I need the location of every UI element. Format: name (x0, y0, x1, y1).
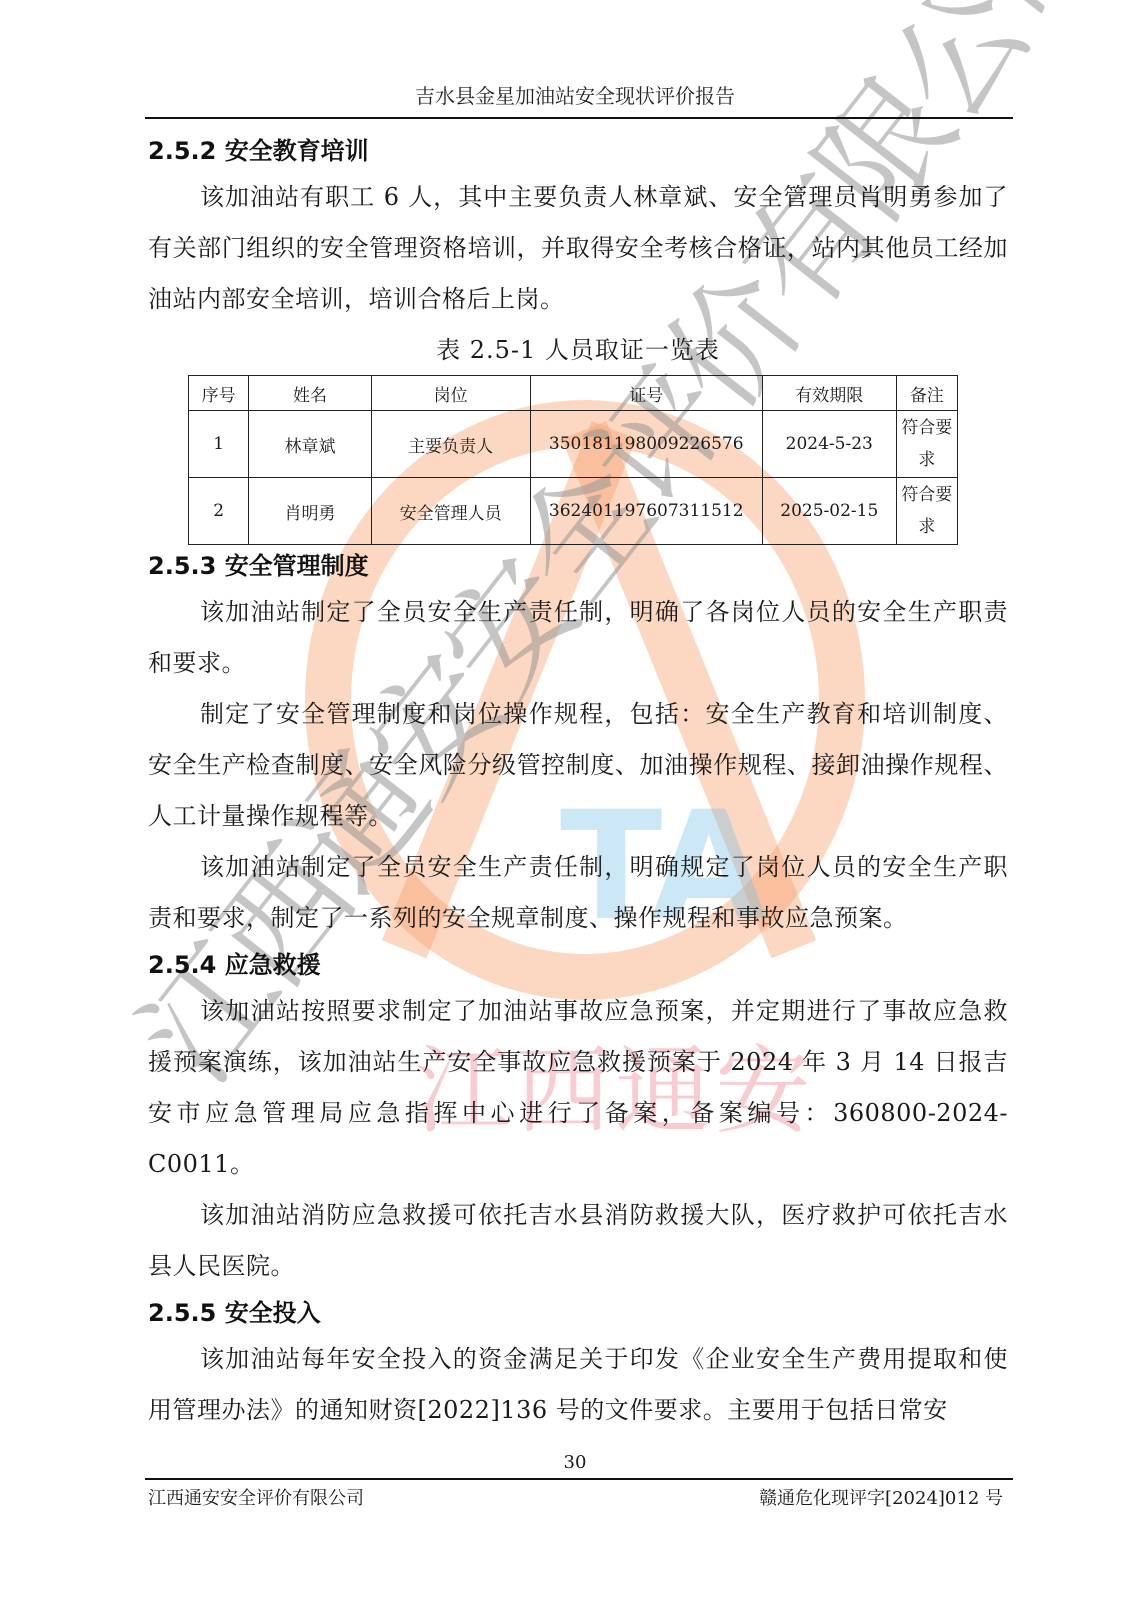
running-header-title: 吉水县金星加油站安全现状评价报告 (140, 80, 1010, 109)
section-heading-2-5-2: 2.5.2 安全教育培训 (148, 130, 1008, 172)
cell-remark: 符合要求 (896, 478, 957, 545)
cell-index: 2 (189, 478, 249, 545)
personnel-certificate-table: 序号 姓名 岗位 证号 有效期限 备注 1 林章斌 主要负责人 35018119… (188, 375, 958, 545)
cell-name: 林章斌 (249, 411, 371, 478)
section-heading-2-5-5: 2.5.5 安全投入 (148, 1292, 1008, 1334)
document-page: TA 江西通安 江西通安安全评价有限公司 吉水县金星加油站安全现状评价报告 2.… (0, 0, 1131, 1600)
column-header-validity: 有效期限 (762, 376, 896, 411)
column-header-name: 姓名 (249, 376, 371, 411)
cell-name: 肖明勇 (249, 478, 371, 545)
header-rule (145, 117, 1013, 119)
section-heading-2-5-4: 2.5.4 应急救援 (148, 944, 1008, 986)
paragraph: 该加油站每年安全投入的资金满足关于印发《企业安全生产费用提取和使用管理办法》的通… (148, 1334, 1008, 1436)
column-header-position: 岗位 (371, 376, 530, 411)
table-header-row: 序号 姓名 岗位 证号 有效期限 备注 (189, 376, 958, 411)
paragraph: 该加油站制定了全员安全生产责任制，明确了各岗位人员的安全生产职责和要求。 (148, 587, 1008, 689)
table-row: 1 林章斌 主要负责人 350181198009226576 2024-5-23… (189, 411, 958, 478)
cell-validity: 2024-5-23 (762, 411, 896, 478)
footer-doc-number: 赣通危化现评字[2024]012 号 (759, 1484, 1003, 1510)
paragraph: 该加油站有职工 6 人，其中主要负责人林章斌、安全管理员肖明勇参加了有关部门组织… (148, 172, 1008, 325)
table-caption: 表 2.5-1 人员取证一览表 (148, 325, 1008, 375)
footer-company: 江西通安安全评价有限公司 (148, 1484, 364, 1510)
page-number: 30 (140, 1452, 1010, 1473)
cell-validity: 2025-02-15 (762, 478, 896, 545)
column-header-cert-number: 证号 (530, 376, 762, 411)
cell-position: 主要负责人 (371, 411, 530, 478)
cell-remark: 符合要求 (896, 411, 957, 478)
column-header-index: 序号 (189, 376, 249, 411)
paragraph: 制定了安全管理制度和岗位操作规程，包括：安全生产教育和培训制度、安全生产检查制度… (148, 689, 1008, 842)
paragraph: 该加油站消防应急救援可依托吉水县消防救援大队，医疗救护可依托吉水县人民医院。 (148, 1190, 1008, 1292)
cell-cert-number: 362401197607311512 (530, 478, 762, 545)
table-row: 2 肖明勇 安全管理人员 362401197607311512 2025-02-… (189, 478, 958, 545)
cell-position: 安全管理人员 (371, 478, 530, 545)
page-content: 2.5.2 安全教育培训 该加油站有职工 6 人，其中主要负责人林章斌、安全管理… (148, 130, 1008, 1436)
cell-cert-number: 350181198009226576 (530, 411, 762, 478)
paragraph: 该加油站制定了全员安全生产责任制，明确规定了岗位人员的安全生产职责和要求，制定了… (148, 842, 1008, 944)
footer-rule (145, 1478, 1013, 1480)
cell-index: 1 (189, 411, 249, 478)
section-heading-2-5-3: 2.5.3 安全管理制度 (148, 545, 1008, 587)
column-header-remark: 备注 (896, 376, 957, 411)
paragraph: 该加油站按照要求制定了加油站事故应急预案，并定期进行了事故应急救援预案演练，该加… (148, 986, 1008, 1190)
